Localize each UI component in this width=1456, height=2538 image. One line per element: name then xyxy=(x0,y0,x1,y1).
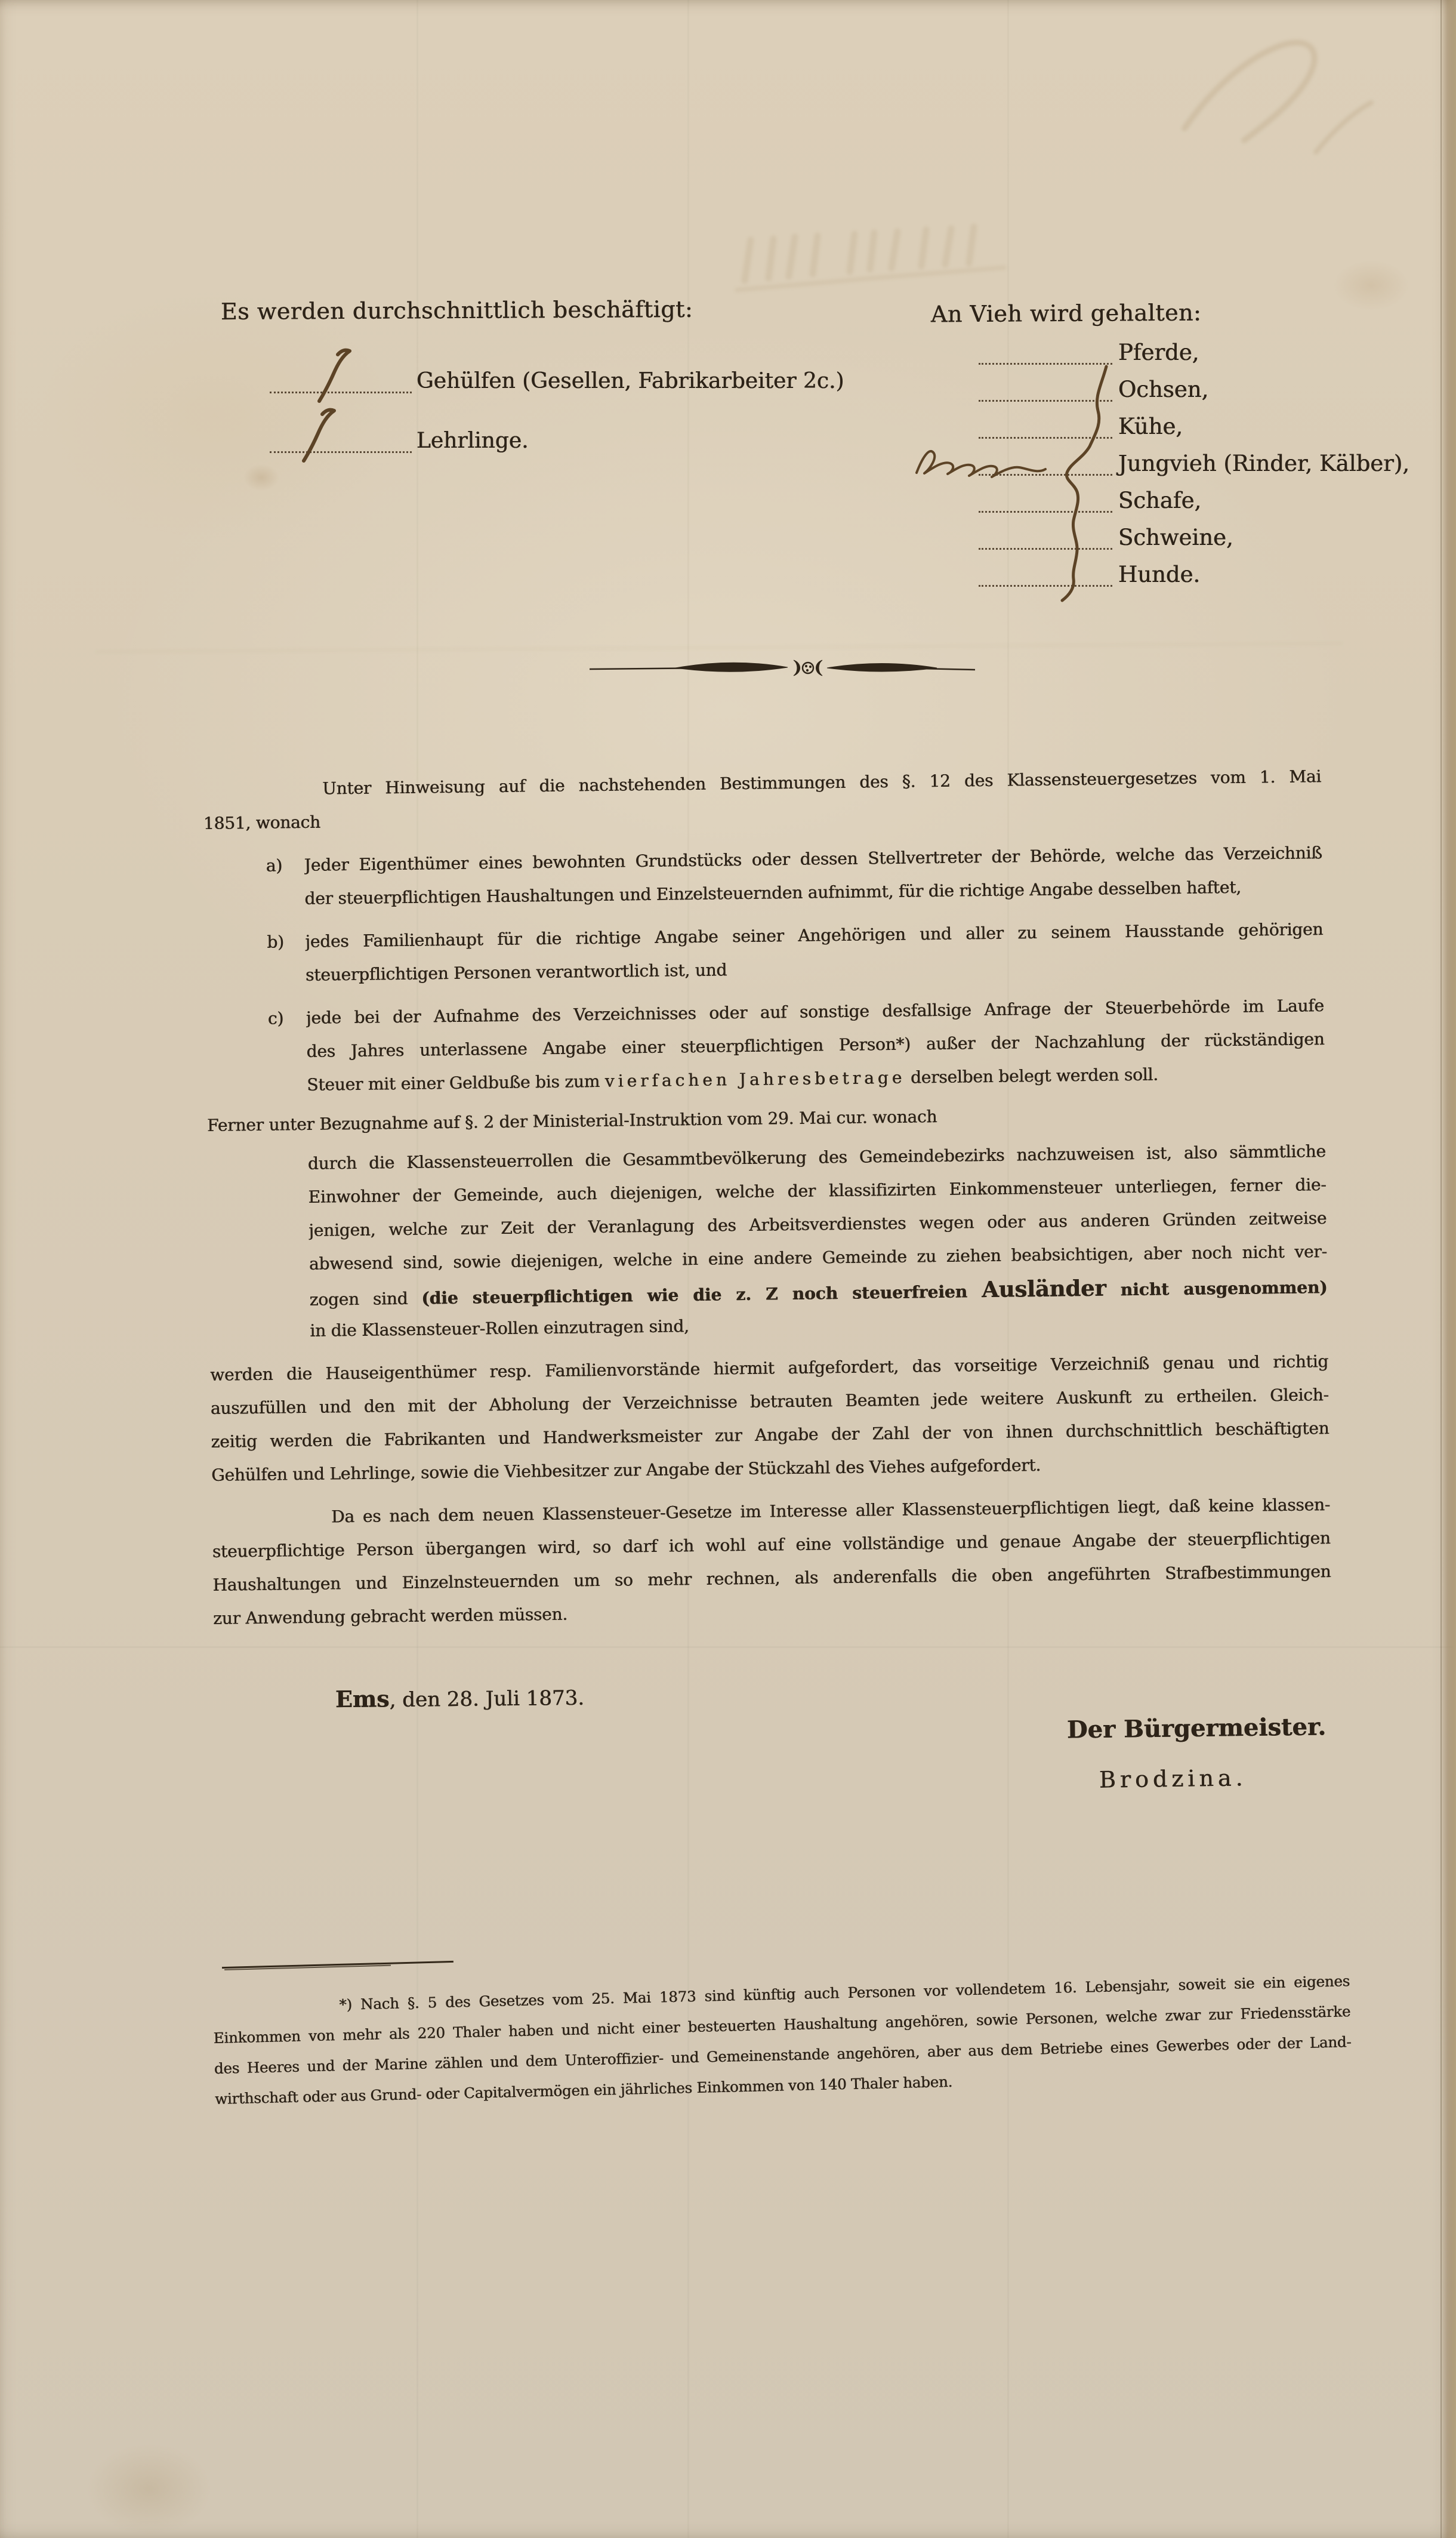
fill-in-line[interactable] xyxy=(979,412,1112,439)
livestock-row: Schweine, xyxy=(979,523,1233,550)
divider-ornament xyxy=(586,654,980,683)
scanned-document-page: Es werden durchschnittlich beschäftigt: … xyxy=(0,0,1456,2538)
employment-row-gehuelfen: Gehülfen (Gesellen, Fabrikarbeiter 2c.) xyxy=(270,366,844,393)
bold-text: nicht ausgenommen) xyxy=(1106,1277,1328,1300)
livestock-row: Jungvieh (Rinder, Kälber), xyxy=(979,449,1409,476)
livestock-label: Schafe, xyxy=(1118,489,1201,513)
item-marker: b) xyxy=(267,925,284,959)
livestock-label: Kühe, xyxy=(1118,415,1183,439)
livestock-label: Pferde, xyxy=(1118,341,1199,365)
livestock-label: Schweine, xyxy=(1118,526,1233,550)
wherein-block: durch die Klassensteuerrollen die Gesamm… xyxy=(308,1135,1328,1348)
fill-in-line[interactable] xyxy=(270,426,412,453)
crease-line xyxy=(0,1646,1456,1648)
date-text: , den 28. Juli 1873. xyxy=(389,1686,584,1712)
item-marker: c) xyxy=(268,1002,284,1035)
fill-in-line[interactable] xyxy=(979,449,1112,476)
list-item-c: c) jede bei der Aufnahme des Verzeichnis… xyxy=(206,989,1325,1103)
livestock-label: Ochsen, xyxy=(1118,378,1208,402)
fill-in-line[interactable] xyxy=(979,486,1112,513)
signature-name: Brodzina. xyxy=(1099,1764,1247,1792)
livestock-label: Jungvieh (Rinder, Kälber), xyxy=(1118,452,1409,476)
livestock-row: Hunde. xyxy=(979,560,1200,587)
fill-in-line[interactable] xyxy=(979,523,1112,550)
employment-heading: Es werden durchschnittlich beschäftigt: xyxy=(221,296,693,325)
list-item-b: b) jedes Familienhaupt für die richtige … xyxy=(205,913,1324,993)
fill-in-line[interactable] xyxy=(979,560,1112,587)
fill-in-line[interactable] xyxy=(979,338,1112,365)
list-item-a: a) Jeder Eigenthümer eines bewohnten Gru… xyxy=(204,836,1323,917)
signature-title: Der Bürgermeister. xyxy=(1067,1712,1327,1744)
body-text: Unter Hinweisung auf die nachstehenden B… xyxy=(203,760,1332,1635)
livestock-row: Schafe, xyxy=(979,486,1201,513)
request-block: werden die Hauseigenthümer resp. Familie… xyxy=(210,1345,1330,1492)
bold-text: (die steuerpflichtigen wie die z. Z noch… xyxy=(421,1282,982,1308)
item-marker: a) xyxy=(266,849,283,882)
livestock-heading: An Vieh wird gehalten: xyxy=(931,300,1202,328)
body-line: Ferner unter Bezugnahme auf §. 2 der Min… xyxy=(207,1095,1326,1142)
page-edge xyxy=(1440,0,1456,2538)
emphasized-spaced-text: vierfachen Jahresbetrage xyxy=(605,1068,906,1091)
fill-in-line[interactable] xyxy=(979,375,1112,402)
dateline: Ems, den 28. Juli 1873. xyxy=(335,1683,585,1712)
employment-row-lehrlinge: Lehrlinge. xyxy=(270,426,529,453)
livestock-label: Hunde. xyxy=(1118,563,1200,587)
livestock-row: Kühe, xyxy=(979,412,1183,439)
employment-row-label: Lehrlinge. xyxy=(417,429,529,453)
bold-large-text: Ausländer xyxy=(982,1275,1106,1303)
footnote-separator xyxy=(222,1961,454,1972)
footnote: *) Nach §. 5 des Gesetzes vom 25. Mai 18… xyxy=(212,1966,1352,2114)
livestock-row: Ochsen, xyxy=(979,375,1208,402)
closing-block: Da es nach dem neuen Klassensteuer-Geset… xyxy=(212,1488,1332,1635)
fill-in-line[interactable] xyxy=(270,366,412,393)
employment-row-label: Gehülfen (Gesellen, Fabrikarbeiter 2c.) xyxy=(417,369,844,393)
city-name: Ems xyxy=(335,1685,390,1712)
livestock-row: Pferde, xyxy=(979,338,1199,365)
